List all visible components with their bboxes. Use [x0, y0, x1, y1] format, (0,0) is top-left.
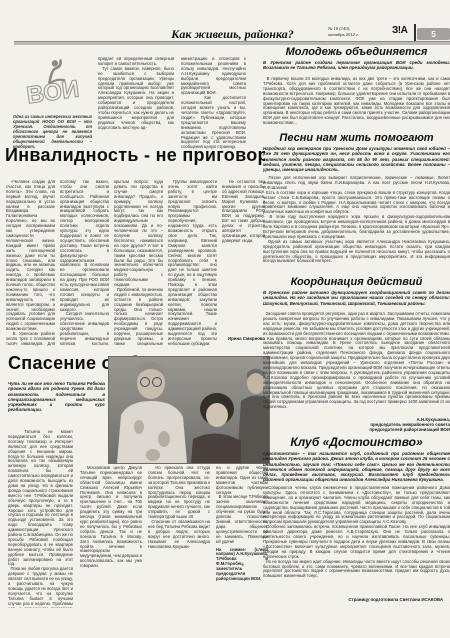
page-number: 5 — [431, 29, 436, 39]
disability-column-3: крытым вопрос: куда девать эти средства … — [114, 180, 163, 346]
youth-article-body: В первичку вошли 24 молодых инвалида, из… — [263, 77, 450, 132]
disability-column-1: «Человек создан для счастья, как птица д… — [6, 180, 55, 346]
youth-article-title: Молодежь объединяется — [263, 46, 450, 58]
intro-logo-caption: Одна из самых интересных местных организ… — [13, 114, 92, 150]
newspaper-logo: З!А — [392, 25, 414, 39]
songs-article-body: Песни для исполнения хор выбирает патрио… — [263, 176, 450, 276]
intro-column-3: министрацию и спонсоров к положительным … — [181, 57, 246, 149]
photo-blouse-pattern — [158, 431, 170, 447]
header-divider — [414, 24, 416, 41]
issue-date: № 10 (140), октябрь 2012 г. — [328, 26, 390, 39]
youth-article-lede: В Уренском районе создана первичная орга… — [263, 60, 450, 76]
photo-blouse-pattern — [146, 449, 160, 461]
coordination-article-title: Координация действий — [263, 276, 450, 288]
page-number-badge: 5 — [417, 28, 450, 40]
songs-article-title: Песни нам жить помогают — [263, 132, 450, 144]
page-rubric: Как живешь, районка? — [150, 27, 315, 42]
rescue-column-4-text: на и другие члены правления общества инв… — [216, 466, 268, 545]
coordination-article-lede: В Уренском районе активно функционирует … — [263, 290, 450, 311]
page-footer-credit: Страницу подготовила Светлана ИСАКОВА — [263, 597, 443, 605]
voi-figure-head — [51, 60, 58, 67]
photo-blouse-pattern — [134, 420, 144, 434]
disability-article-title: Инвалидность - не приговор — [5, 146, 265, 170]
dignity-article-title: Клуб «Достоинство» — [263, 435, 450, 449]
dignity-article-body: Собираются члены клуба ежемесячно в пред… — [263, 486, 450, 596]
disability-column-4: Группы инвалидности очень хотят найти ра… — [168, 180, 217, 346]
coordination-article-body: Заседания совета проводятся регулярно, о… — [263, 312, 450, 416]
intro-column-2: придает ей определенный северный колорит… — [98, 57, 174, 149]
voi-logo-graphic: ВОИ — [20, 56, 84, 112]
header-rule — [14, 41, 450, 45]
group-photo — [108, 356, 270, 464]
rescue-column-4: на и другие члены правления общества инв… — [216, 466, 268, 608]
disability-column-5: Не остаются без внимания и просьбы об ад… — [222, 180, 265, 332]
dignity-article-lede: «Достоинство» – так называется клуб, соз… — [263, 451, 450, 484]
coordination-byline: А.Н.Кукушкина, председатель межрайонного… — [263, 417, 450, 434]
group-photo-graphic — [109, 357, 269, 463]
rescue-column-1: Татьяна не может передвигаться без коляс… — [8, 430, 73, 608]
disability-byline: Ирина Смирнова — [222, 336, 265, 344]
rescue-column-2: Московский центр Дикуля Татьяне порекоме… — [80, 466, 142, 608]
newspaper-page: Как живешь, районка? № 10 (140), октябрь… — [0, 0, 450, 638]
rescue-article-lede: Чуть ли не все это лето Татьяна Рябкова … — [8, 381, 105, 427]
photo-woman2-face — [206, 403, 228, 427]
songs-article-lede: Народный хор ветеранов при Уренском Доме… — [263, 146, 450, 174]
voi-logo: ВОИ — [20, 56, 84, 112]
photo-woman2-top — [191, 433, 241, 463]
rescue-column-3: Но приехала она оттуда совсем больной. Н… — [148, 466, 210, 608]
photo-caption: На снимке: (слева направо) А.Н.Кукушкина… — [216, 548, 268, 582]
disability-column-2: поэтому так важно, чтобы они смогли встр… — [60, 180, 109, 346]
